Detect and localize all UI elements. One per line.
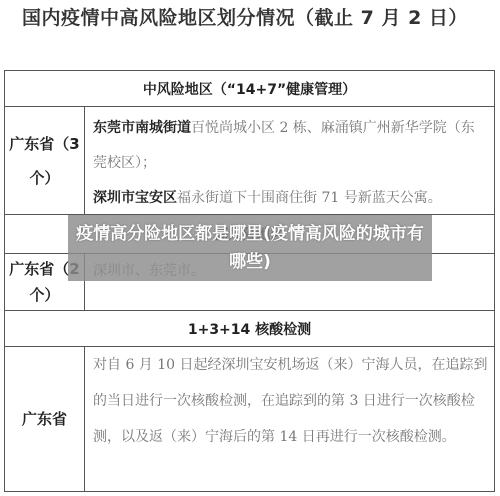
table-row-medium-risk: 广东省（3个） 东莞市南城街道百悦尚城小区 2 栋、麻涌镇广州新华学院（东莞校区… — [5, 107, 494, 215]
detail-cell: 对自 6 月 10 日起经深圳宝安机场返（来）宁海人员，在追踪到的当日进行一次核… — [85, 347, 494, 491]
caption-overlay: 疫情高分险地区都是哪里(疫情高风险的城市有哪些) — [68, 215, 432, 281]
section-header-nucleic-test: 1+3+14 核酸检测 — [5, 311, 494, 347]
address-text: 福永街道下十围商住街 71 号新蓝天公寓。 — [177, 190, 442, 206]
region-cell: 广东省（3个） — [5, 107, 85, 214]
section-header-medium-risk: 中风险地区（“14+7”健康管理） — [5, 71, 494, 107]
region-cell: 广东省 — [5, 347, 85, 491]
document-title: 国内疫情中高风险地区划分情况（截止 7 月 2 日） — [22, 4, 492, 32]
district-name: 深圳市宝安区 — [93, 190, 177, 206]
risk-area-table: 中风险地区（“14+7”健康管理） 广东省（3个） 东莞市南城街道百悦尚城小区 … — [4, 70, 495, 492]
district-name: 东莞市南城街道 — [93, 120, 191, 136]
table-row-nucleic-test: 广东省 对自 6 月 10 日起经深圳宝安机场返（来）宁海人员，在追踪到的当日进… — [5, 347, 494, 491]
detail-cell: 东莞市南城街道百悦尚城小区 2 栋、麻涌镇广州新华学院（东莞校区）； 深圳市宝安… — [85, 107, 494, 214]
